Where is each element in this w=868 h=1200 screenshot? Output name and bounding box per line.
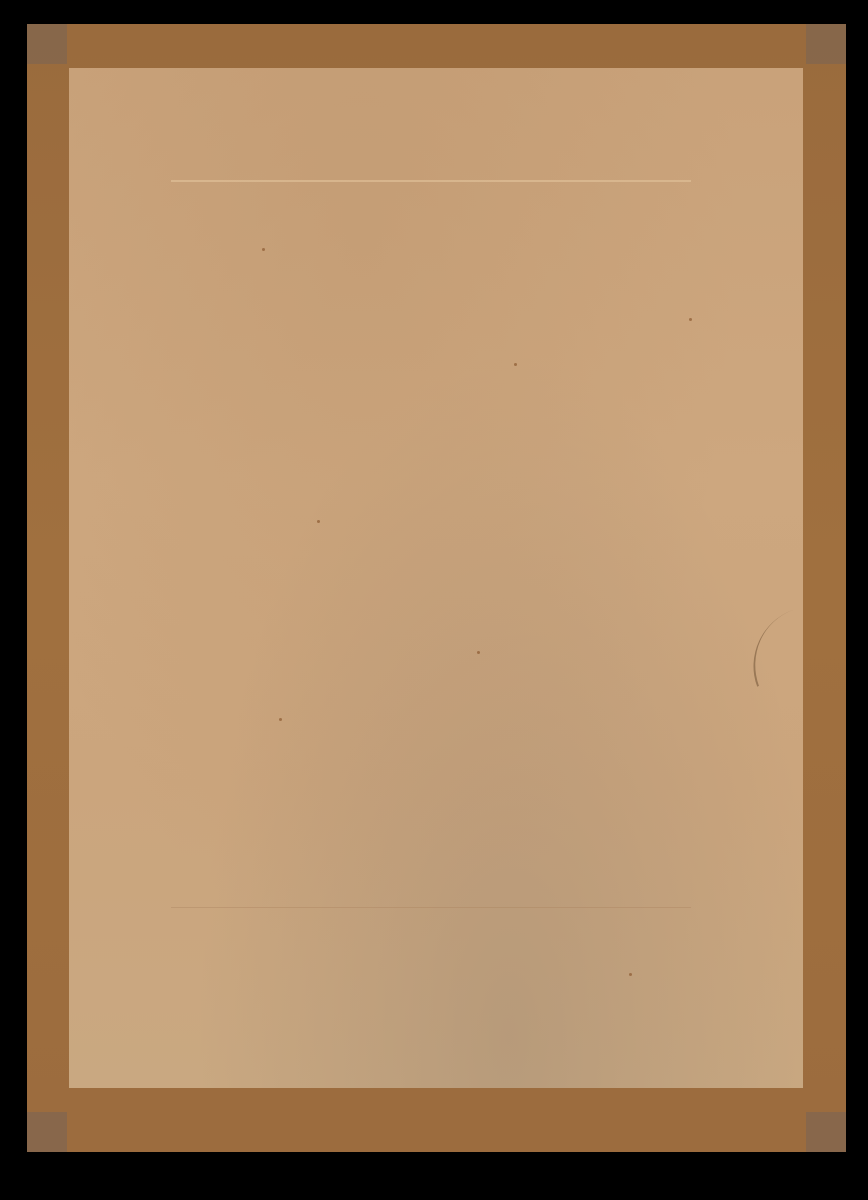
speck [514, 363, 517, 366]
tape-corner-top-right [806, 24, 846, 64]
plate-mark [171, 180, 691, 908]
paper-sheet [27, 24, 846, 1152]
speck [262, 248, 265, 251]
tape-corner-top-left [27, 24, 67, 64]
paper-surface [69, 68, 803, 1088]
speck [279, 718, 282, 721]
tape-corner-bottom-left [27, 1112, 67, 1152]
speck [629, 973, 632, 976]
speck [689, 318, 692, 321]
tape-corner-bottom-right [806, 1112, 846, 1152]
paper-crease [737, 609, 816, 687]
speck [317, 520, 320, 523]
speck [477, 651, 480, 654]
